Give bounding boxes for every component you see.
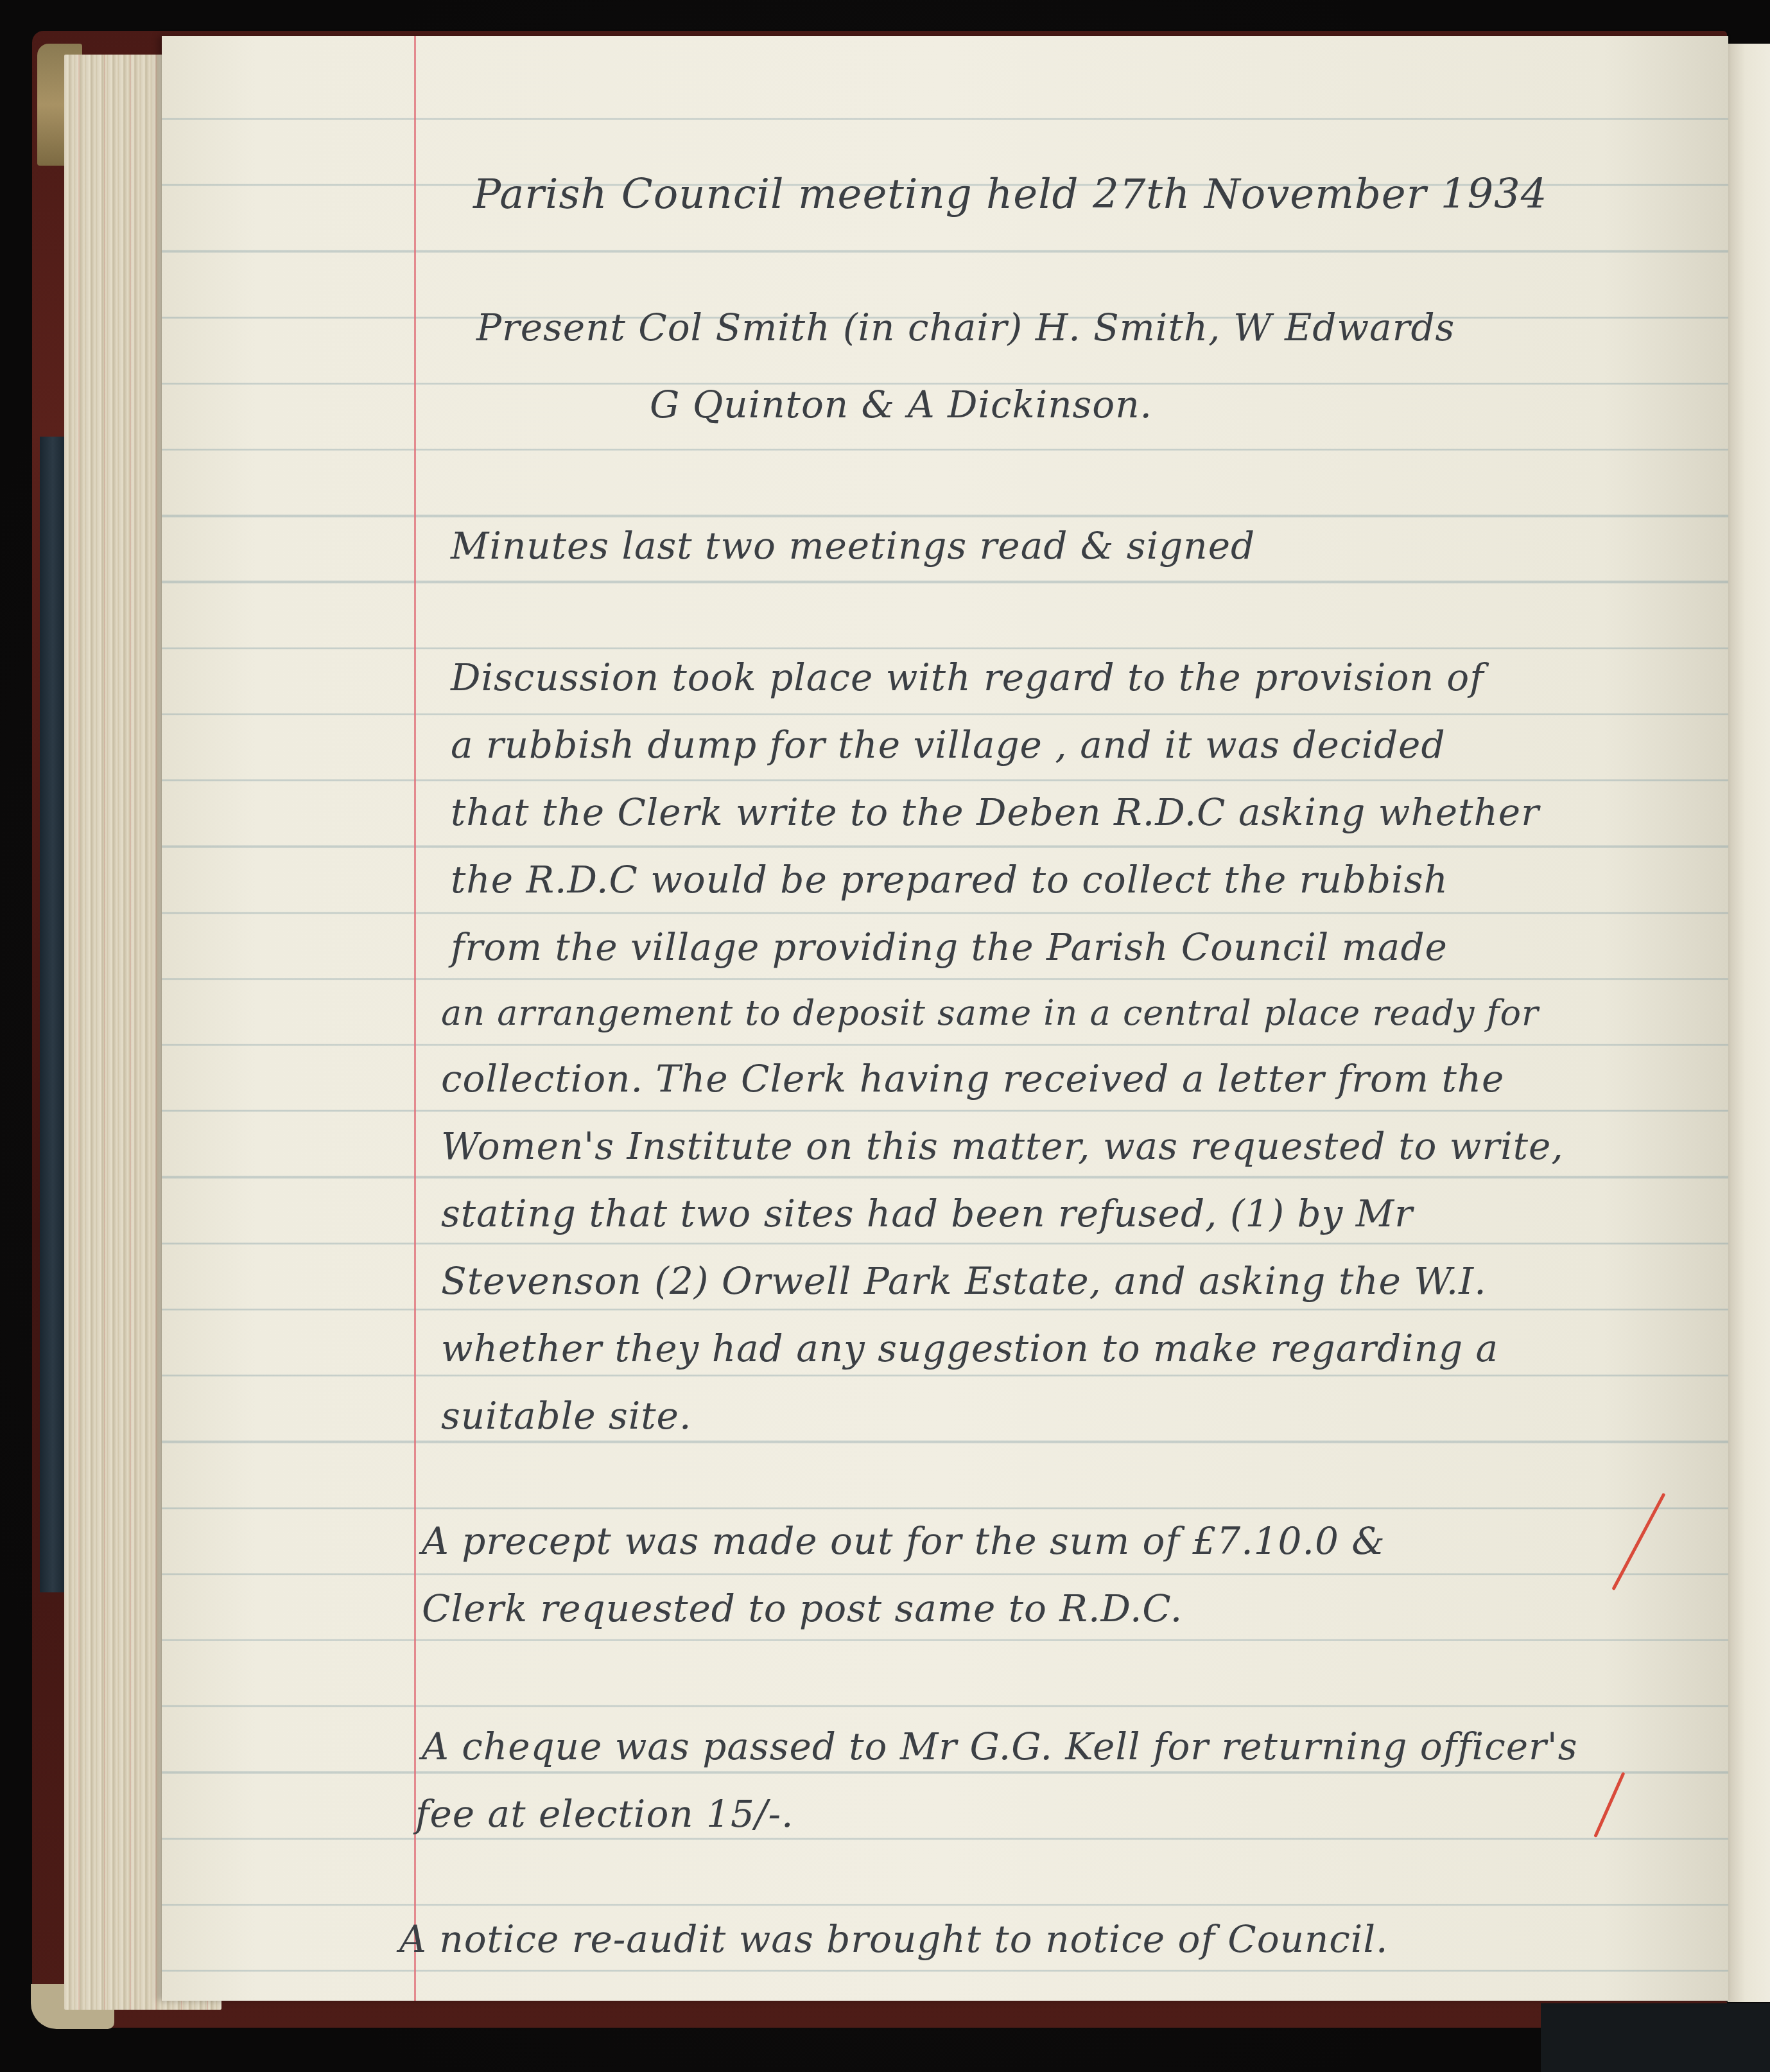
minute-book-page: Parish Council meeting held 27th Novembe… bbox=[162, 36, 1728, 2001]
text-line: stating that two sites had been refused,… bbox=[441, 1192, 1413, 1235]
meeting-heading: Parish Council meeting held 27th Novembe… bbox=[473, 171, 1548, 218]
handwritten-content: Parish Council meeting held 27th Novembe… bbox=[162, 36, 1728, 2001]
minutes-read-line: Minutes last two meetings read & signed bbox=[451, 524, 1255, 568]
text-line: A notice re-audit was brought to notice … bbox=[399, 1917, 1388, 1961]
red-check-mark-precept bbox=[1611, 1493, 1665, 1590]
present-line-1: Present Col Smith (in chair) H. Smith, W… bbox=[476, 306, 1455, 349]
text-line: Discussion took place with regard to the… bbox=[451, 656, 1484, 699]
text-line: suitable site. bbox=[441, 1394, 691, 1438]
text-line: whether they had any suggestion to make … bbox=[441, 1327, 1498, 1370]
present-line-2: G Quinton & A Dickinson. bbox=[650, 383, 1152, 426]
text-line: collection. The Clerk having received a … bbox=[441, 1057, 1504, 1101]
red-check-mark-cheque bbox=[1593, 1772, 1625, 1838]
text-line: that the Clerk write to the Deben R.D.C … bbox=[451, 790, 1540, 834]
text-line: the R.D.C would be prepared to collect t… bbox=[451, 858, 1448, 901]
text-line: Women's Institute on this matter, was re… bbox=[441, 1124, 1564, 1168]
facing-page-edge bbox=[1726, 44, 1770, 2002]
text-line: A precept was made out for the sum of £7… bbox=[422, 1519, 1385, 1563]
text-line: Stevenson (2) Orwell Park Estate, and as… bbox=[441, 1259, 1487, 1303]
text-line: Clerk requested to post same to R.D.C. bbox=[422, 1587, 1183, 1630]
text-line: A cheque was passed to Mr G.G. Kell for … bbox=[422, 1725, 1577, 1768]
text-line: an arrangement to deposit same in a cent… bbox=[441, 993, 1539, 1033]
text-line: fee at election 15/-. bbox=[415, 1792, 794, 1836]
right-cover-spine bbox=[1541, 2003, 1770, 2072]
text-line: a rubbish dump for the village , and it … bbox=[451, 723, 1446, 767]
cloth-spine bbox=[40, 437, 65, 1592]
text-line: from the village providing the Parish Co… bbox=[451, 925, 1448, 969]
